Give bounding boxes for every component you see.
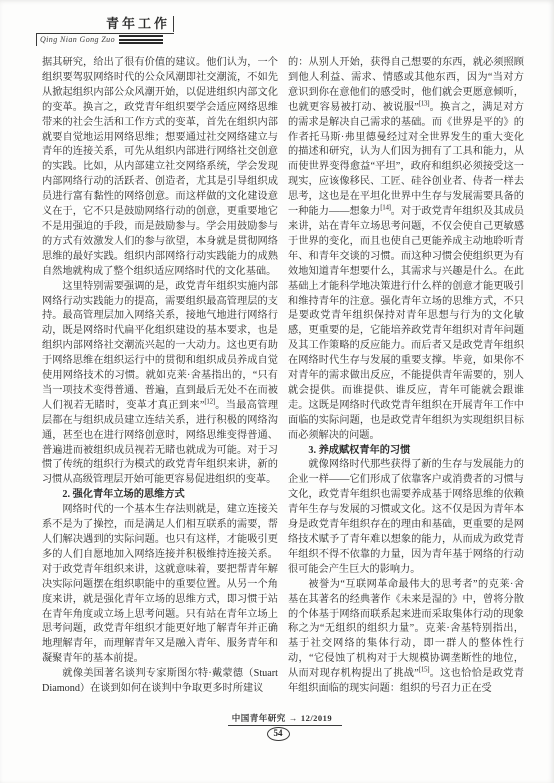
paragraph: 就像美国著名谈判专家斯图尔特·戴蒙德（Stuart Diamond）在谈到如何在… (42, 667, 278, 697)
column-left: 据其研究，给出了很有价值的建议。他们认为，一个组织要驾驭网络时代的公众风潮即社交… (42, 56, 278, 697)
section-heading: 3. 养成赋权青年的习惯 (288, 444, 524, 459)
section-title-pinyin: Qing Nian Gong Zuo (40, 35, 119, 44)
section-heading: 2. 强化青年立场的思维方式 (42, 488, 278, 503)
running-head: 青年工作 Qing Nian Gong Zuo (36, 16, 174, 46)
paragraph: 被誉为“互联网革命最伟大的思考者”的克莱·舍基在其著名的经典著作《未来是湿的》中… (288, 578, 524, 697)
triple-bar-icon (119, 35, 163, 44)
running-head-pinyin-row: Qing Nian Gong Zuo (36, 34, 174, 46)
page-number-badge: 54 (267, 727, 290, 741)
paragraph: 的：从别人开始，获得自己想要的东西，就必须照顾到他人利益、需求、情感或其他东西，… (288, 56, 524, 444)
page-footer: 中国青年研究 → 12/2019 54 (8, 712, 554, 741)
paragraph: 网络时代的一个基本生存法则就是，建立连接关系不是为了操控，而是满足人们相互联系的… (42, 503, 278, 667)
issue-number: 12/2019 (301, 713, 332, 723)
running-head-title-row: 青年工作 (36, 16, 174, 32)
paragraph: 就像网络时代那些获得了新的生存与发展能力的企业一样——它们形成了依靠客户或消费者… (288, 458, 524, 577)
paragraph: 据其研究，给出了很有价值的建议。他们认为，一个组织要驾驭网络时代的公众风潮即社交… (42, 56, 278, 280)
journal-name: 中国青年研究 (232, 712, 286, 724)
arrow-icon: → (289, 713, 298, 723)
column-right: 的：从别人开始，获得自己想要的东西，就必须照顾到他人利益、需求、情感或其他东西，… (288, 56, 524, 697)
paragraph: 这里特别需要强调的是，政党青年组织实施内部网络行动实践能力的提高，需要组织最高管… (42, 280, 278, 489)
reference-marker: [15] (419, 666, 429, 674)
article-body: 据其研究，给出了很有价值的建议。他们认为，一个组织要驾驭网络时代的公众风潮即社交… (42, 56, 524, 697)
scanned-journal-page: 青年工作 Qing Nian Gong Zuo 据其研究，给出了很有价值的建议。… (0, 0, 554, 783)
reference-marker: [14] (380, 204, 390, 212)
reference-marker: [12] (204, 397, 214, 405)
journal-issue-line: 中国青年研究 → 12/2019 (228, 712, 342, 726)
section-title-cn: 青年工作 (106, 16, 174, 32)
reference-marker: [13] (419, 99, 429, 107)
